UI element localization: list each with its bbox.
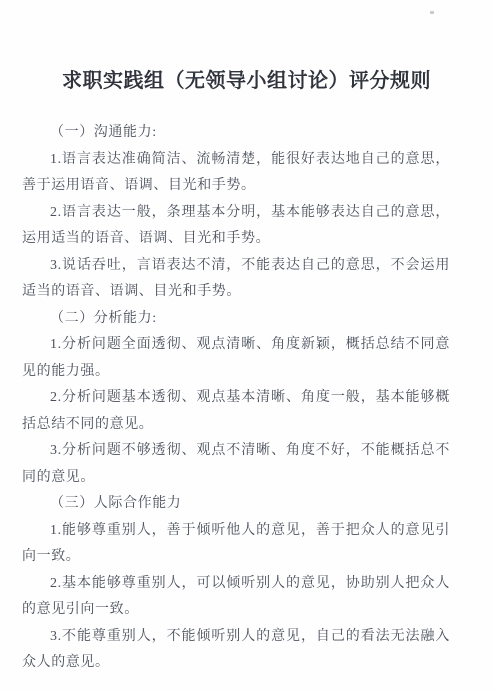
criteria-item: 2.分析问题基本透彻、观点基本清晰、角度一般，基本能够概括总结不同的意见。 xyxy=(22,385,450,438)
criteria-item: 1.语言表达准确简洁、流畅清楚，能很好表达地自己的意思，善于运用语音、语调、目光… xyxy=(22,147,450,200)
criteria-item: 2.基本能够尊重别人，可以倾听别人的意见，协助别人把众人的意见引向一致。 xyxy=(22,571,450,624)
criteria-item: 1.分析问题全面透彻、观点清晰、角度新颖，概括总结不同意见的能力强。 xyxy=(22,332,450,385)
scan-artifact-dot xyxy=(430,11,434,14)
criteria-item: 1.能够尊重别人，善于倾听他人的意见，善于把众人的意见引向一致。 xyxy=(22,518,450,571)
criteria-item: 3.不能尊重别人，不能倾听别人的意见，自己的看法无法融入众人的意见。 xyxy=(22,624,450,677)
criteria-item: 2.语言表达一般，条理基本分明，基本能够表达自己的意思，运用适当的语音、语调、目… xyxy=(22,200,450,253)
section-heading-cooperation: （三）人际合作能力 xyxy=(22,491,450,518)
document-title: 求职实践组（无领导小组讨论）评分规则 xyxy=(0,0,493,93)
document-body: （一）沟通能力: 1.语言表达准确简洁、流畅清楚，能很好表达地自己的意思，善于运… xyxy=(22,120,450,677)
document-page: 求职实践组（无领导小组讨论）评分规则 （一）沟通能力: 1.语言表达准确简洁、流… xyxy=(0,0,493,691)
criteria-item: 3.分析问题不够透彻、观点不清晰、角度不好，不能概括总不同的意见。 xyxy=(22,438,450,491)
section-heading-communication: （一）沟通能力: xyxy=(22,120,450,147)
section-heading-analysis: （二）分析能力: xyxy=(22,306,450,333)
criteria-item: 3.说话吞吐，言语表达不清，不能表达自己的意思，不会运用适当的语音、语调、目光和… xyxy=(22,253,450,306)
